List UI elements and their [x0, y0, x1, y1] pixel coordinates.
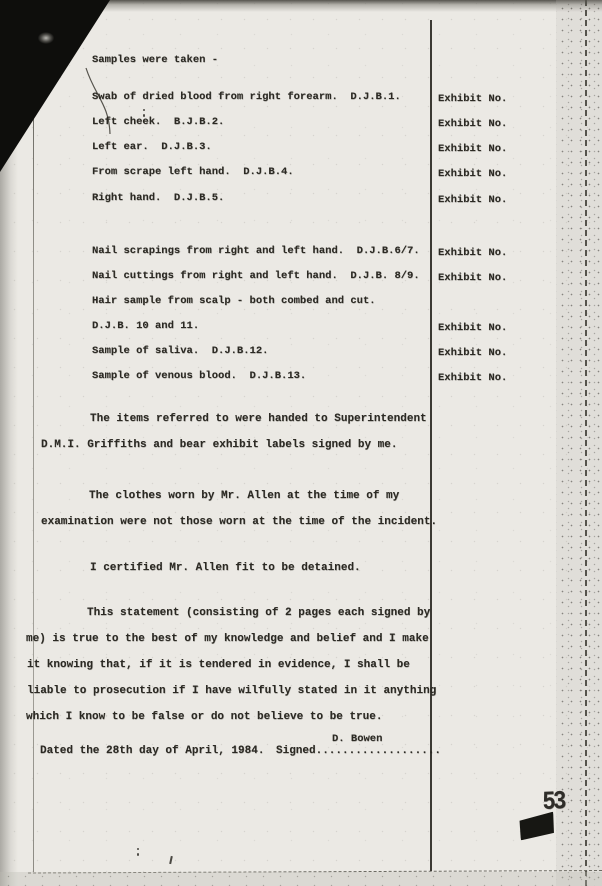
dated-line: Dated the 28th day of April, 1984. — [40, 744, 264, 758]
sample-item-text: Sample of saliva. D.J.B.12. — [92, 344, 268, 358]
sample-row: Swab of dried blood from right forearm. … — [0, 90, 602, 106]
sample-item-text: Nail scrapings from right and left hand.… — [92, 244, 420, 258]
paragraph-line: This statement (consisting of 2 pages ea… — [87, 606, 430, 620]
signature-text: D. Bowen — [332, 733, 382, 745]
sample-item-text: Hair sample from scalp - both combed and… — [92, 294, 376, 308]
sample-row: Right hand. D.J.B.5. Exhibit No. — [0, 191, 602, 207]
exhibit-no-label: Exhibit No. — [438, 92, 507, 106]
paragraph-line: The clothes worn by Mr. Allen at the tim… — [89, 489, 399, 503]
scan-bottom-strip — [0, 872, 602, 886]
exhibit-no-label: Exhibit No. — [438, 346, 507, 360]
sample-item-text: Nail cuttings from right and left hand. … — [92, 269, 420, 283]
sample-row: Left ear. D.J.B.3. Exhibit No. — [0, 140, 602, 156]
sample-item-text: Swab of dried blood from right forearm. … — [92, 90, 401, 104]
sample-item-text: Left cheek. B.J.B.2. — [92, 115, 224, 129]
sample-row: Left cheek. B.J.B.2. Exhibit No. — [0, 115, 602, 131]
sample-row: Nail scrapings from right and left hand.… — [0, 244, 602, 260]
paragraph-line: examination were not those worn at the t… — [41, 515, 437, 529]
sample-row: D.J.B. 10 and 11. Exhibit No. — [0, 319, 602, 335]
sample-row: Nail cuttings from right and left hand. … — [0, 269, 602, 285]
paragraph-line: which I know to be false or do not belie… — [26, 710, 382, 724]
paragraph-line: The items referred to were handed to Sup… — [90, 412, 427, 426]
paragraph-line: liable to prosecution if I have wilfully… — [27, 684, 436, 698]
sample-item-text: Left ear. D.J.B.3. — [92, 140, 212, 154]
scan-ink-spot — [143, 109, 145, 111]
signed-dotted-line: Signed................... — [276, 744, 441, 758]
sample-row: From scrape left hand. D.J.B.4. Exhibit … — [0, 165, 602, 181]
paragraph-line: me) is true to the best of my knowledge … — [26, 632, 429, 646]
sample-row: Sample of venous blood. D.J.B.13. Exhibi… — [0, 369, 602, 385]
paragraph-line: D.M.I. Griffiths and bear exhibit labels… — [41, 438, 397, 452]
scan-right-speckle-band — [556, 0, 602, 886]
exhibit-no-label: Exhibit No. — [438, 117, 507, 131]
exhibit-no-label: Exhibit No. — [438, 142, 507, 156]
intro-line: Samples were taken - — [92, 53, 218, 67]
scan-ink-tick — [169, 856, 172, 864]
exhibit-no-label: Exhibit No. — [438, 193, 507, 207]
paragraph-line: I certified Mr. Allen fit to be detained… — [90, 561, 361, 575]
paragraph-line: it knowing that, if it is tendered in ev… — [27, 658, 410, 672]
sample-item-text: Right hand. D.J.B.5. — [92, 191, 224, 205]
sample-row: Hair sample from scalp - both combed and… — [0, 294, 602, 310]
page-right-edge-line — [585, 0, 587, 886]
scan-ink-spot — [137, 848, 139, 850]
exhibit-no-label: Exhibit No. — [438, 371, 507, 385]
sample-item-text: Sample of venous blood. D.J.B.13. — [92, 369, 306, 383]
exhibit-no-label: Exhibit No. — [438, 246, 507, 260]
vertical-fold-line — [33, 118, 34, 872]
sample-item-text: D.J.B. 10 and 11. — [92, 319, 199, 333]
exhibit-no-label: Exhibit No. — [438, 167, 507, 181]
exhibit-no-label: Exhibit No. — [438, 321, 507, 335]
sample-row: Sample of saliva. D.J.B.12. Exhibit No. — [0, 344, 602, 360]
redaction-mark — [518, 812, 557, 841]
sample-item-text: From scrape left hand. D.J.B.4. — [92, 165, 294, 179]
exhibit-no-label: Exhibit No. — [438, 271, 507, 285]
scanned-document-page: Samples were taken - Swab of dried blood… — [0, 0, 602, 886]
